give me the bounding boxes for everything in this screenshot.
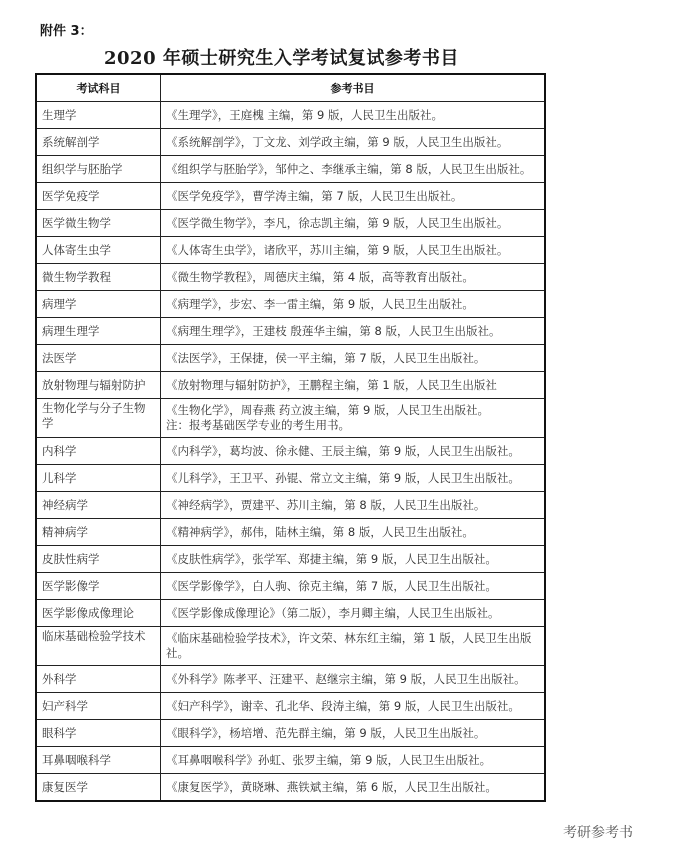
subject-cell: 生物化学与分子生物学 xyxy=(36,399,161,438)
book-cell: 《医学免疫学》，曹学涛主编，第 7 版，人民卫生出版社。 xyxy=(161,183,546,210)
book-cell: 《临床基础检验学技术》，许文荣、林东红主编，第 1 版，人民卫生出版社。 xyxy=(161,627,546,666)
book-cell: 《精神病学》，郝伟，陆林主编，第 8 版，人民卫生出版社。 xyxy=(161,519,546,546)
subject-cell: 病理生理学 xyxy=(36,318,161,345)
header-book: 参考书目 xyxy=(161,74,546,102)
table-row: 精神病学《精神病学》，郝伟，陆林主编，第 8 版，人民卫生出版社。 xyxy=(36,519,545,546)
table-row: 放射物理与辐射防护《放射物理与辐射防护》，王鹏程主编，第 1 版，人民卫生出版社 xyxy=(36,372,545,399)
book-cell: 《病理学》，步宏、李一雷主编，第 9 版，人民卫生出版社。 xyxy=(161,291,546,318)
book-cell: 《康复医学》，黄晓琳、燕铁斌主编，第 6 版，人民卫生出版社。 xyxy=(161,774,546,802)
table-row: 眼科学《眼科学》，杨培增、范先群主编，第 9 版，人民卫生出版社。 xyxy=(36,720,545,747)
table-row: 生理学《生理学》，王庭槐 主编，第 9 版，人民卫生出版社。 xyxy=(36,102,545,129)
table-header-row: 考试科目 参考书目 xyxy=(36,74,545,102)
subject-cell: 康复医学 xyxy=(36,774,161,802)
table-row: 内科学《内科学》，葛均波、徐永健、王辰主编，第 9 版，人民卫生出版社。 xyxy=(36,438,545,465)
watermark: 考研参考书 xyxy=(563,822,633,842)
table-row: 生物化学与分子生物学 《生物化学》，周春燕 药立波主编，第 9 版，人民卫生出版… xyxy=(36,399,545,438)
table-row: 外科学《外科学》陈孝平、汪建平、赵继宗主编，第 9 版，人民卫生出版社。 xyxy=(36,666,545,693)
table-row: 系统解剖学《系统解剖学》，丁文龙、刘学政主编，第 9 版，人民卫生出版社。 xyxy=(36,129,545,156)
subject-cell: 人体寄生虫学 xyxy=(36,237,161,264)
table-row: 人体寄生虫学《人体寄生虫学》，诸欣平，苏川主编，第 9 版，人民卫生出版社。 xyxy=(36,237,545,264)
subject-cell: 精神病学 xyxy=(36,519,161,546)
table-row: 医学影像成像理论《医学影像成像理论》（第二版），李月卿主编，人民卫生出版社。 xyxy=(36,600,545,627)
subject-cell: 儿科学 xyxy=(36,465,161,492)
table-row: 皮肤性病学《皮肤性病学》，张学军、郑捷主编，第 9 版，人民卫生出版社。 xyxy=(36,546,545,573)
book-text: 《生物化学》，周春燕 药立波主编，第 9 版，人民卫生出版社。 xyxy=(166,403,539,418)
table-row: 神经病学《神经病学》，贾建平、苏川主编，第 8 版，人民卫生出版社。 xyxy=(36,492,545,519)
table-row: 耳鼻咽喉科学《耳鼻咽喉科学》孙虹、张罗主编，第 9 版，人民卫生出版社。 xyxy=(36,747,545,774)
book-note: 注：报考基础医学专业的考生用书。 xyxy=(166,418,539,433)
book-cell: 《耳鼻咽喉科学》孙虹、张罗主编，第 9 版，人民卫生出版社。 xyxy=(161,747,546,774)
subject-cell: 外科学 xyxy=(36,666,161,693)
book-cell: 《医学影像学》，白人驹、徐克主编，第 7 版，人民卫生出版社。 xyxy=(161,573,546,600)
subject-cell: 微生物学教程 xyxy=(36,264,161,291)
subject-cell: 耳鼻咽喉科学 xyxy=(36,747,161,774)
subject-cell: 医学免疫学 xyxy=(36,183,161,210)
book-cell: 《微生物学教程》，周德庆主编，第 4 版，高等教育出版社。 xyxy=(161,264,546,291)
table-row: 临床基础检验学技术《临床基础检验学技术》，许文荣、林东红主编，第 1 版，人民卫… xyxy=(36,627,545,666)
book-cell: 《内科学》，葛均波、徐永健、王辰主编，第 9 版，人民卫生出版社。 xyxy=(161,438,546,465)
book-cell: 《眼科学》，杨培增、范先群主编，第 9 版，人民卫生出版社。 xyxy=(161,720,546,747)
book-cell: 《儿科学》，王卫平、孙锟、常立文主编，第 9 版，人民卫生出版社。 xyxy=(161,465,546,492)
header-subject: 考试科目 xyxy=(36,74,161,102)
subject-cell: 临床基础检验学技术 xyxy=(36,627,161,666)
book-cell: 《系统解剖学》，丁文龙、刘学政主编，第 9 版，人民卫生出版社。 xyxy=(161,129,546,156)
reference-books-table: 考试科目 参考书目 生理学《生理学》，王庭槐 主编，第 9 版，人民卫生出版社。… xyxy=(35,73,546,802)
subject-cell: 医学微生物学 xyxy=(36,210,161,237)
table-row: 法医学《法医学》，王保捷，侯一平主编，第 7 版，人民卫生出版社。 xyxy=(36,345,545,372)
subject-cell: 组织学与胚胎学 xyxy=(36,156,161,183)
subject-cell: 系统解剖学 xyxy=(36,129,161,156)
book-cell: 《妇产科学》，谢幸、孔北华、段涛主编，第 9 版，人民卫生出版社。 xyxy=(161,693,546,720)
subject-cell: 医学影像学 xyxy=(36,573,161,600)
table-row: 病理生理学《病理生理学》，王建枝 殷莲华主编，第 8 版，人民卫生出版社。 xyxy=(36,318,545,345)
table-row: 病理学《病理学》，步宏、李一雷主编，第 9 版，人民卫生出版社。 xyxy=(36,291,545,318)
table-row: 医学影像学《医学影像学》，白人驹、徐克主编，第 7 版，人民卫生出版社。 xyxy=(36,573,545,600)
subject-cell: 病理学 xyxy=(36,291,161,318)
attachment-label: 附件 3： xyxy=(40,20,93,39)
book-cell: 《放射物理与辐射防护》，王鹏程主编，第 1 版，人民卫生出版社 xyxy=(161,372,546,399)
book-cell: 《外科学》陈孝平、汪建平、赵继宗主编，第 9 版，人民卫生出版社。 xyxy=(161,666,546,693)
book-cell: 《医学微生物学》，李凡，徐志凯主编，第 9 版，人民卫生出版社。 xyxy=(161,210,546,237)
subject-cell: 生理学 xyxy=(36,102,161,129)
subject-cell: 皮肤性病学 xyxy=(36,546,161,573)
table-row: 儿科学《儿科学》，王卫平、孙锟、常立文主编，第 9 版，人民卫生出版社。 xyxy=(36,465,545,492)
book-cell: 《病理生理学》，王建枝 殷莲华主编，第 8 版，人民卫生出版社。 xyxy=(161,318,546,345)
subject-cell: 眼科学 xyxy=(36,720,161,747)
book-cell: 《生物化学》，周春燕 药立波主编，第 9 版，人民卫生出版社。 注：报考基础医学… xyxy=(161,399,546,438)
book-cell: 《组织学与胚胎学》，邹仲之、李继承主编，第 8 版，人民卫生出版社。 xyxy=(161,156,546,183)
book-cell: 《人体寄生虫学》，诸欣平，苏川主编，第 9 版，人民卫生出版社。 xyxy=(161,237,546,264)
table-row: 组织学与胚胎学《组织学与胚胎学》，邹仲之、李继承主编，第 8 版，人民卫生出版社… xyxy=(36,156,545,183)
document-title: 2020 年硕士研究生入学考试复试参考书目 xyxy=(104,44,459,70)
book-cell: 《皮肤性病学》，张学军、郑捷主编，第 9 版，人民卫生出版社。 xyxy=(161,546,546,573)
subject-cell: 法医学 xyxy=(36,345,161,372)
subject-cell: 放射物理与辐射防护 xyxy=(36,372,161,399)
table-row: 康复医学《康复医学》，黄晓琳、燕铁斌主编，第 6 版，人民卫生出版社。 xyxy=(36,774,545,802)
table-row: 医学微生物学《医学微生物学》，李凡，徐志凯主编，第 9 版，人民卫生出版社。 xyxy=(36,210,545,237)
table-row: 医学免疫学《医学免疫学》，曹学涛主编，第 7 版，人民卫生出版社。 xyxy=(36,183,545,210)
subject-cell: 医学影像成像理论 xyxy=(36,600,161,627)
table-row: 妇产科学《妇产科学》，谢幸、孔北华、段涛主编，第 9 版，人民卫生出版社。 xyxy=(36,693,545,720)
book-cell: 《生理学》，王庭槐 主编，第 9 版，人民卫生出版社。 xyxy=(161,102,546,129)
subject-cell: 神经病学 xyxy=(36,492,161,519)
subject-cell: 妇产科学 xyxy=(36,693,161,720)
book-cell: 《医学影像成像理论》（第二版），李月卿主编，人民卫生出版社。 xyxy=(161,600,546,627)
book-cell: 《法医学》，王保捷，侯一平主编，第 7 版，人民卫生出版社。 xyxy=(161,345,546,372)
book-cell: 《神经病学》，贾建平、苏川主编，第 8 版，人民卫生出版社。 xyxy=(161,492,546,519)
table-row: 微生物学教程《微生物学教程》，周德庆主编，第 4 版，高等教育出版社。 xyxy=(36,264,545,291)
subject-cell: 内科学 xyxy=(36,438,161,465)
